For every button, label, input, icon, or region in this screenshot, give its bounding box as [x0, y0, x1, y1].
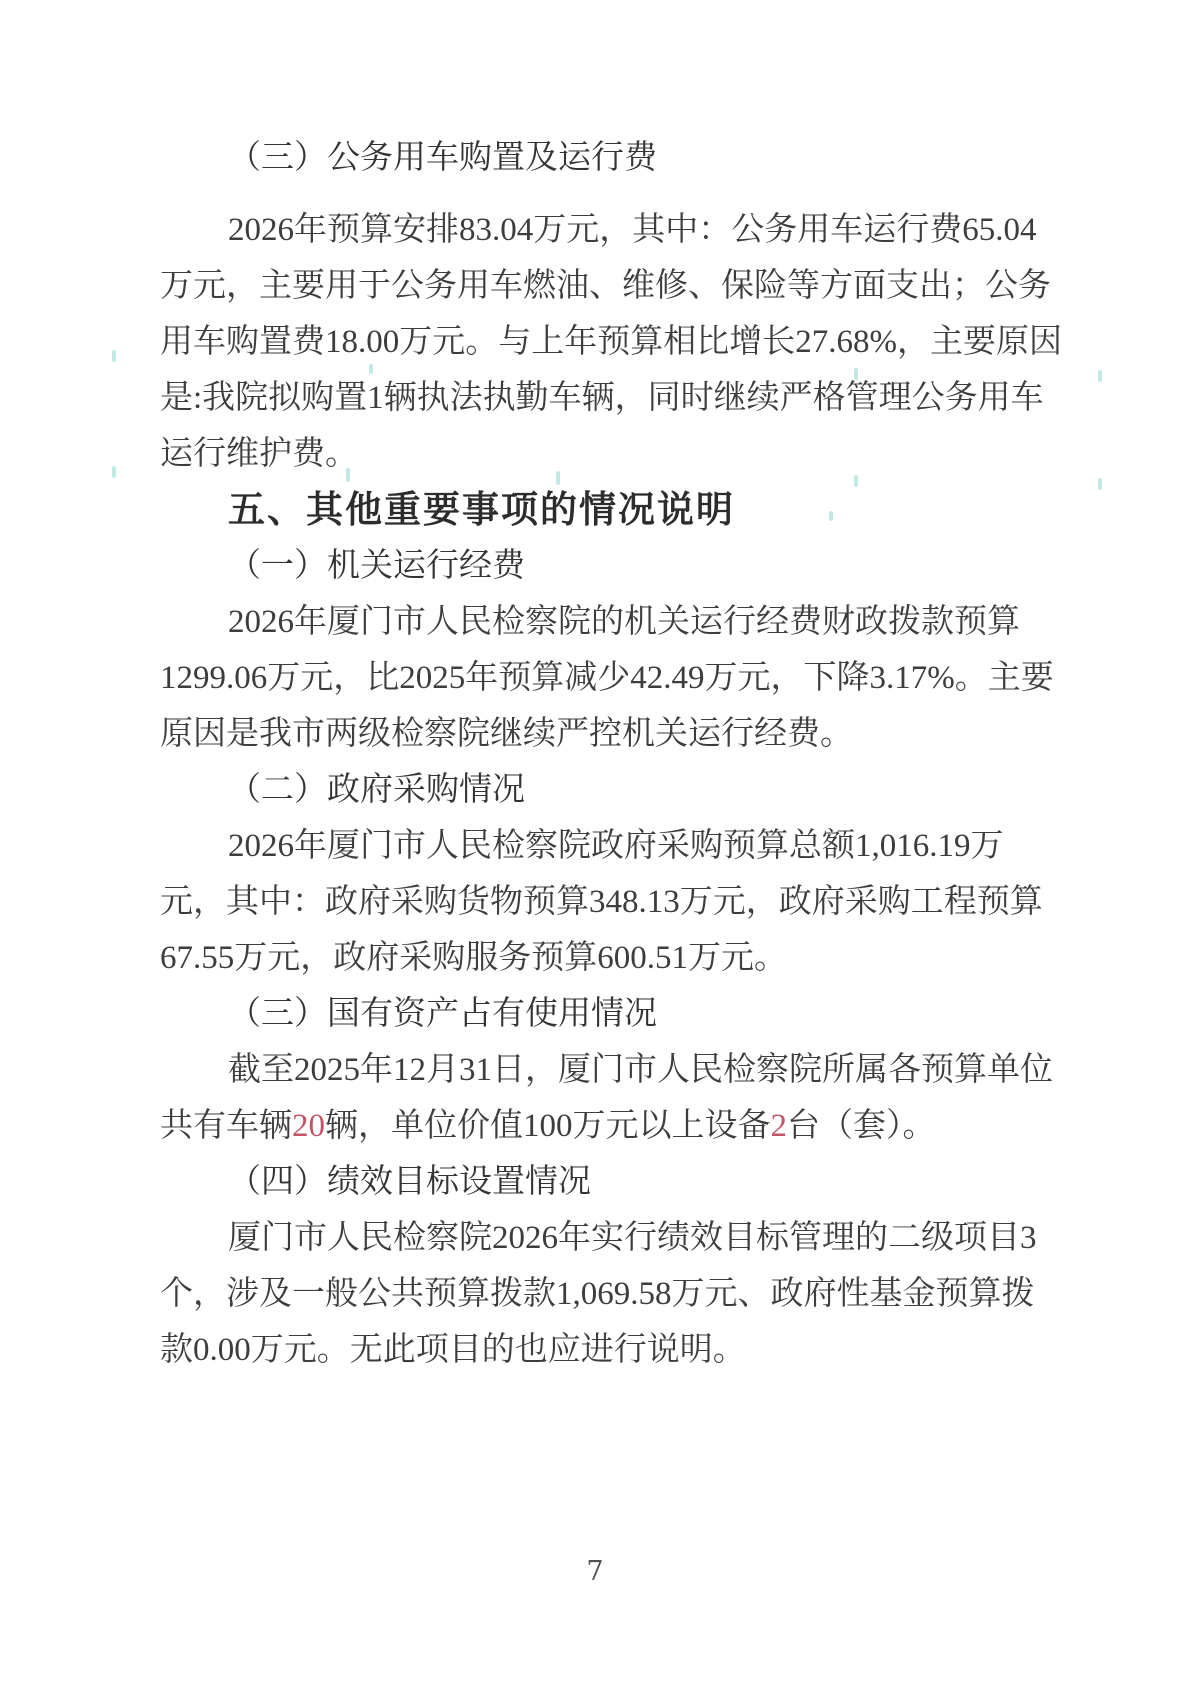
- paragraph-procurement-line-3: 67.55万元，政府采购服务预算600.51万元。: [160, 930, 1052, 986]
- vehicle-count-highlight: 20: [292, 1108, 325, 1144]
- section-heading-other-important-items: 五、其他重要事项的情况说明: [160, 482, 1052, 538]
- paragraph-agency-line-2: 1299.06万元，比2025年预算减少42.49万元，下降3.17%。主要: [160, 650, 1052, 706]
- document-page: （三）公务用车购置及运行费 2026年预算安排83.04万元，其中：公务用车运行…: [0, 0, 1190, 1682]
- subheading-performance-targets: （四）绩效目标设置情况: [160, 1154, 1052, 1210]
- paragraph-performance-line-3: 款0.00万元。无此项目的也应进行说明。: [160, 1322, 1052, 1378]
- paragraph-performance-line-1: 厦门市人民检察院2026年实行绩效目标管理的二级项目3: [160, 1210, 1052, 1266]
- scan-artifact: [112, 466, 116, 478]
- assets-text-mid: 辆，单位价值100万元以上设备: [325, 1108, 771, 1144]
- subheading-agency-operating-funds: （一）机关运行经费: [160, 538, 1052, 594]
- assets-text-pre: 共有车辆: [160, 1108, 292, 1144]
- paragraph-vehicle-line-4: 是:我院拟购置1辆执法执勤车辆，同时继续严格管理公务用车: [160, 370, 1052, 426]
- paragraph-vehicle-line-2: 万元，主要用于公务用车燃油、维修、保险等方面支出；公务: [160, 258, 1052, 314]
- paragraph-vehicle-line-3: 用车购置费18.00万元。与上年预算相比增长27.68%，主要原因: [160, 314, 1052, 370]
- assets-text-post: 台（套）。: [787, 1108, 936, 1144]
- subheading-vehicle-expenses: （三）公务用车购置及运行费: [160, 130, 1052, 186]
- paragraph-procurement-line-1: 2026年厦门市人民检察院政府采购预算总额1,016.19万: [160, 818, 1052, 874]
- paragraph-vehicle-line-5: 运行维护费。: [160, 426, 1052, 482]
- paragraph-procurement-line-2: 元，其中：政府采购货物预算348.13万元，政府采购工程预算: [160, 874, 1052, 930]
- subheading-government-procurement: （二）政府采购情况: [160, 762, 1052, 818]
- paragraph-assets-line-1: 截至2025年12月31日，厦门市人民检察院所属各预算单位: [160, 1042, 1052, 1098]
- subheading-state-owned-assets: （三）国有资产占有使用情况: [160, 986, 1052, 1042]
- scan-artifact: [1098, 478, 1102, 490]
- paragraph-assets-line-2: 共有车辆20辆，单位价值100万元以上设备2台（套）。: [160, 1098, 1052, 1154]
- paragraph-performance-line-2: 个，涉及一般公共预算拨款1,069.58万元、政府性基金预算拨: [160, 1266, 1052, 1322]
- scan-artifact: [1098, 370, 1102, 382]
- paragraph-vehicle-line-1: 2026年预算安排83.04万元，其中：公务用车运行费65.04: [160, 202, 1052, 258]
- paragraph-agency-line-1: 2026年厦门市人民检察院的机关运行经费财政拨款预算: [160, 594, 1052, 650]
- scan-artifact: [112, 350, 116, 362]
- equipment-count-highlight: 2: [771, 1108, 788, 1144]
- page-number: 7: [0, 1550, 1190, 1594]
- paragraph-agency-line-3: 原因是我市两级检察院继续严控机关运行经费。: [160, 706, 1052, 762]
- document-body: （三）公务用车购置及运行费 2026年预算安排83.04万元，其中：公务用车运行…: [160, 130, 1052, 1378]
